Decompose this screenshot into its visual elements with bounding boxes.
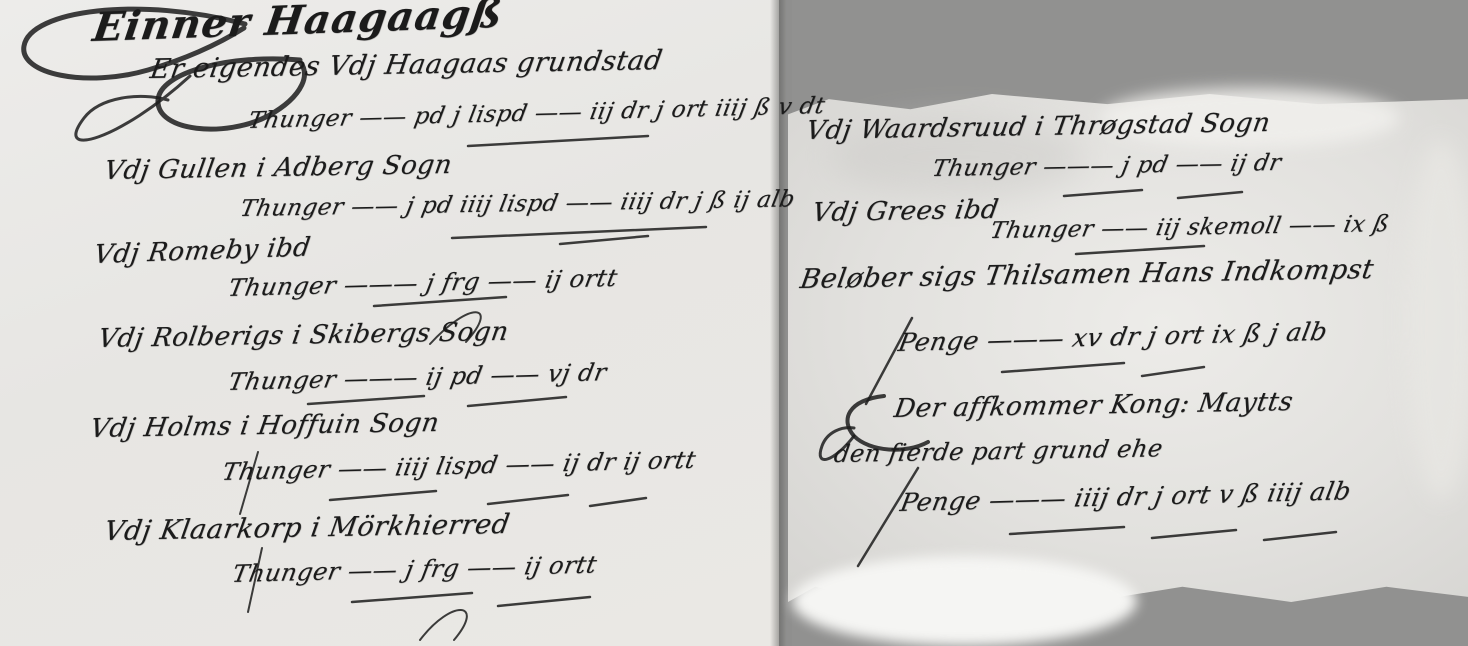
entry-heading: Vdj Holms i Hoffuin Sogn bbox=[88, 408, 442, 444]
entry-heading: Vdj Grees ibd bbox=[810, 195, 1001, 228]
deduction-statement: den fierde part grund ehe bbox=[832, 434, 1165, 468]
paper-edge-highlight bbox=[1406, 140, 1468, 500]
manuscript-scan: Einner Haagaagß Er eigendes Vdj Haagaas … bbox=[0, 0, 1468, 646]
entry-heading: Vdj Gullen i Adberg Sogn bbox=[102, 150, 454, 186]
paper-highlight-blob bbox=[792, 556, 1137, 646]
